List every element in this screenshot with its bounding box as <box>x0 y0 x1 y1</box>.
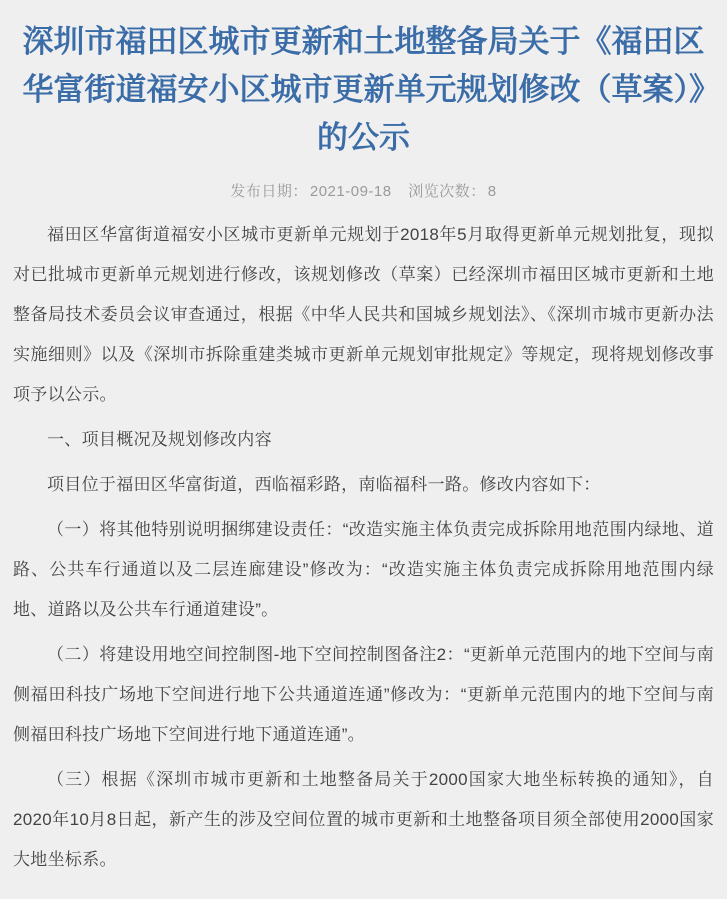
paragraph-intro: 福田区华富街道福安小区城市更新单元规划于2018年5月取得更新单元规划批复，现拟… <box>13 215 714 415</box>
publish-date: 发布日期：2021-09-18 <box>230 183 396 200</box>
announcement-page: 深圳市福田区城市更新和土地整备局关于《福田区华富街道福安小区城市更新单元规划修改… <box>0 0 727 899</box>
view-count-value: 8 <box>488 183 497 200</box>
publish-date-value: 2021-09-18 <box>310 183 392 200</box>
page-title: 深圳市福田区城市更新和土地整备局关于《福田区华富街道福安小区城市更新单元规划修改… <box>15 18 712 162</box>
view-count-label: 浏览次数： <box>408 183 486 200</box>
publish-date-label: 发布日期： <box>230 183 308 200</box>
paragraph-modification-item-3: （三）根据《深圳市城市更新和土地整备局关于2000国家大地坐标转换的通知》，自2… <box>13 760 714 880</box>
paragraph-project-location: 项目位于福田区华富街道，西临福彩路，南临福科一路。修改内容如下： <box>13 465 714 505</box>
meta-bar: 发布日期：2021-09-18 浏览次数：8 <box>13 180 714 201</box>
section-heading-overview: 一、项目概况及规划修改内容 <box>13 420 714 460</box>
view-count: 浏览次数：8 <box>408 183 496 200</box>
paragraph-modification-item-1: （一）将其他特别说明捆绑建设责任：“改造实施主体负责完成拆除用地范围内绿地、道路… <box>13 510 714 630</box>
announcement-body: 福田区华富街道福安小区城市更新单元规划于2018年5月取得更新单元规划批复，现拟… <box>13 215 714 880</box>
paragraph-modification-item-2: （二）将建设用地空间控制图-地下空间控制图备注2：“更新单元范围内的地下空间与南… <box>13 635 714 755</box>
